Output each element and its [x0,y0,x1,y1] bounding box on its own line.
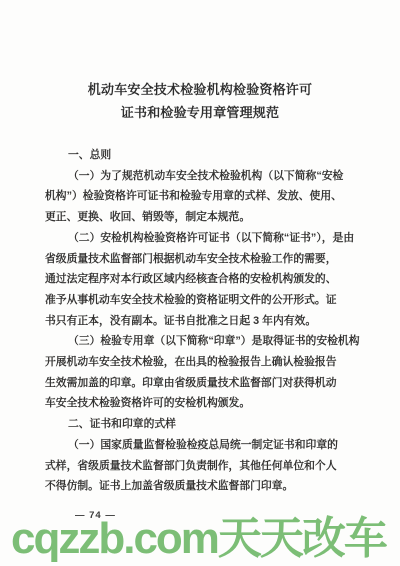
document-page: 机动车安全技术检验机构检验资格许可 证书和检验专用章管理规范 一、总则（一）为了… [0,0,400,566]
body-text-line: 生效需加盖的印章。印章由省级质量技术监督部门对获得机动 [45,373,350,394]
body-text-line: 通过法定程序对本行政区域内经核查合格的安检机构颁发的、 [45,269,350,290]
body-text-line: 二、证书和印章的式样 [45,414,350,435]
body-text-line: （一）为了规范机动车安全技术检验机构（以下简称“安检 [45,166,350,187]
body-text-line: 书只有正本，没有副本。证书自批准之日起 3 年内有效。 [45,311,350,332]
body-text-line: 准予从事机动车安全技术检验的资格证明文件的公开形式。证 [45,290,350,311]
body-text-line: 机构”）检验资格许可证书和检验专用章的式样、发放、使用、 [45,186,350,207]
body-text-line: （二）安检机构检验资格许可证书（以下简称“证书”），是由 [45,228,350,249]
body-text-line: （三）检验专用章（以下简称“印章”）是取得证书的安检机构 [45,331,350,352]
watermark: cqzzb.com天天改车 [11,514,386,564]
body-text-line: （一）国家质量监督检验检疫总局统一制定证书和印章的 [45,435,350,456]
body-text-line: 不得仿制。证书上加盖省级质量技术监督部门印章。 [45,476,350,497]
body-text-line: 省级质量技术监督部门根据机动车安全技术检验工作的需要， [45,249,350,270]
document-title: 机动车安全技术检验机构检验资格许可 证书和检验专用章管理规范 [0,78,400,124]
document-title-line-2: 证书和检验专用章管理规范 [0,101,400,124]
body-text-line: 车安全技术检验资格许可的安检机构颁发。 [45,393,350,414]
body-text-line: 开展机动车安全技术检验，在出具的检验报告上确认检验报告 [45,352,350,373]
document-title-line-1: 机动车安全技术检验机构检验资格许可 [0,78,400,101]
body-text-line: 一、总则 [45,145,350,166]
body-text-line: 更正、更换、收回、销毁等，制定本规范。 [45,207,350,228]
body-text-line: 式样，省级质量技术监督部门负责制作，其他任何单位和个人 [45,456,350,477]
document-body: 一、总则（一）为了规范机动车安全技术检验机构（以下简称“安检机构”）检验资格许可… [45,145,350,497]
